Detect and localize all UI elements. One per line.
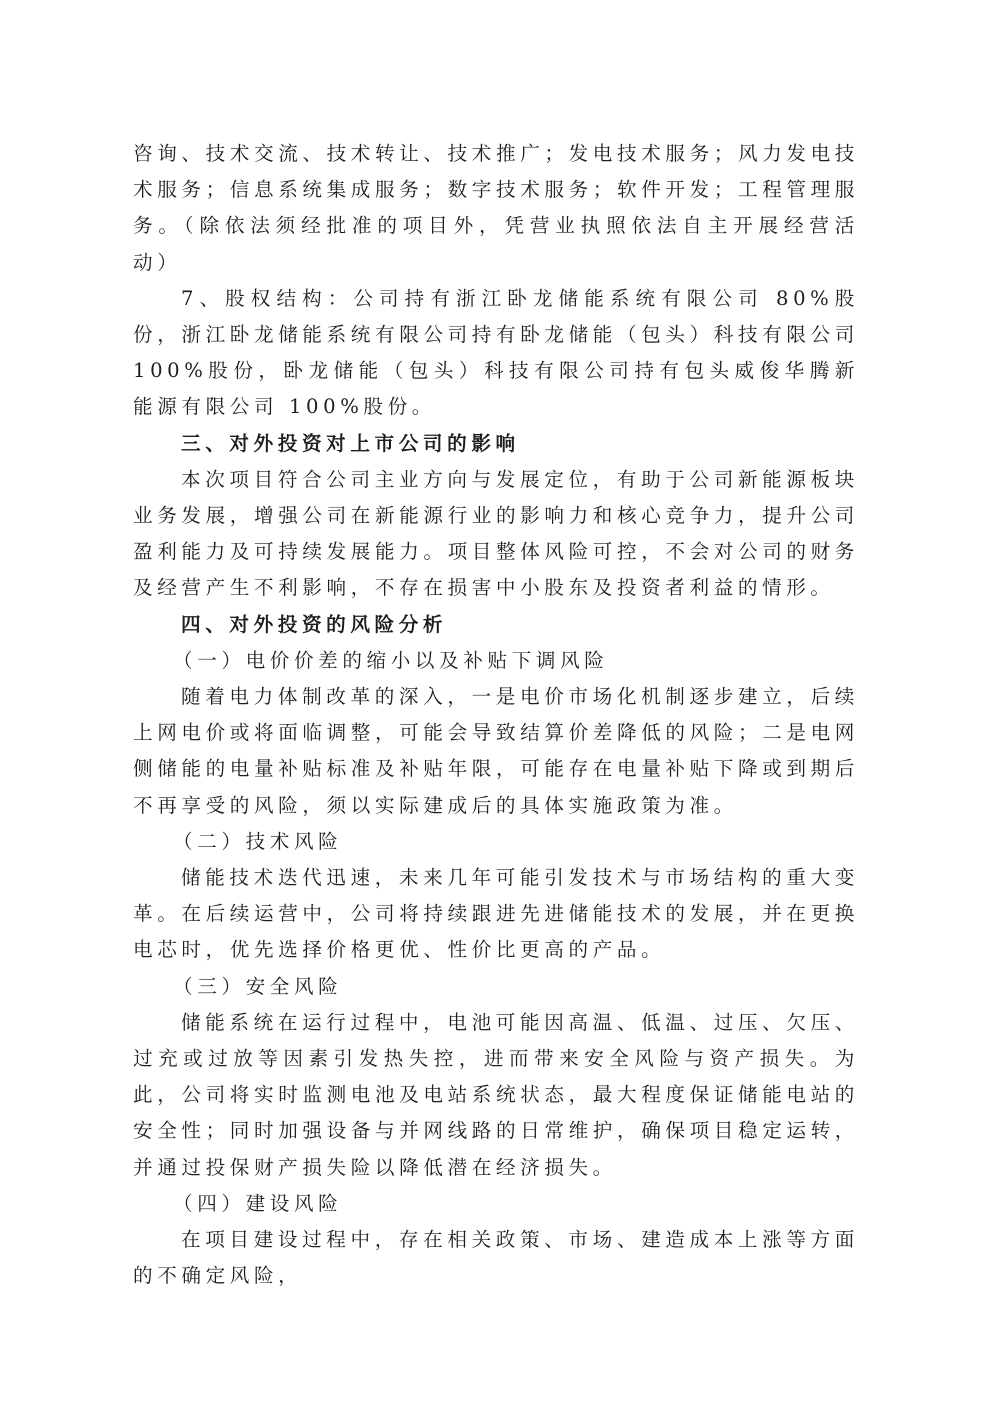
subheading-safety-risk: （三）安全风险 xyxy=(133,969,859,1005)
price-spread-risk-paragraph: 随着电力体制改革的深入，一是电价市场化机制逐步建立，后续上网电价或将面临调整，可… xyxy=(133,679,859,824)
section-heading-risk-analysis: 四、对外投资的风险分析 xyxy=(133,607,859,643)
safety-risk-paragraph: 储能系统在运行过程中，电池可能因高温、低温、过压、欠压、过充或过放等因素引发热失… xyxy=(133,1005,859,1186)
subheading-construction-risk: （四）建设风险 xyxy=(133,1186,859,1222)
subheading-price-spread-risk: （一）电价价差的缩小以及补贴下调风险 xyxy=(133,643,859,679)
document-page: 咨询、技术交流、技术转让、技术推广；发电技术服务；风力发电技术服务；信息系统集成… xyxy=(133,136,859,1295)
subheading-technology-risk: （二）技术风险 xyxy=(133,824,859,860)
section-heading-impact: 三、对外投资对上市公司的影响 xyxy=(133,426,859,462)
impact-paragraph: 本次项目符合公司主业方向与发展定位，有助于公司新能源板块业务发展，增强公司在新能… xyxy=(133,462,859,607)
equity-structure-paragraph: 7、股权结构：公司持有浙江卧龙储能系统有限公司 80%股份，浙江卧龙储能系统有限… xyxy=(133,281,859,426)
technology-risk-paragraph: 储能技术迭代迅速，未来几年可能引发技术与市场结构的重大变革。在后续运营中，公司将… xyxy=(133,860,859,969)
business-scope-continuation: 咨询、技术交流、技术转让、技术推广；发电技术服务；风力发电技术服务；信息系统集成… xyxy=(133,136,859,281)
construction-risk-paragraph: 在项目建设过程中，存在相关政策、市场、建造成本上涨等方面的不确定风险， xyxy=(133,1222,859,1294)
